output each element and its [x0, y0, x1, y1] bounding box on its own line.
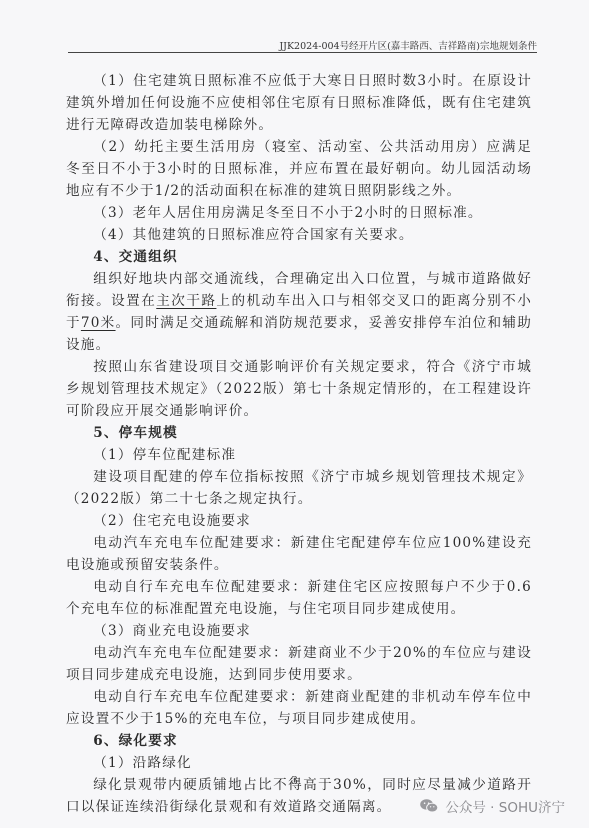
- section-heading-greening: 6、绿化要求: [66, 730, 532, 752]
- wechat-icon: [419, 798, 439, 814]
- underlined-distance: 70米: [81, 315, 116, 331]
- subheading-roadside-greening: （1）沿路绿化: [66, 752, 532, 774]
- paragraph-sunlight-residential: （1）住宅建筑日照标准不应低于大寒日日照时数3小时。在原设计建筑外增加任何设施不…: [66, 70, 532, 136]
- section-heading-traffic: 4、交通组织: [66, 246, 532, 268]
- paragraph-parking-standard: 建设项目配建的停车位指标按照《济宁市城乡规划管理技术规定》（2022版）第二十七…: [66, 466, 532, 510]
- paragraph-traffic-impact: 按照山东省建设项目交通影响评价有关规定要求，符合《济宁市城乡规划管理技术规定》（…: [66, 356, 532, 422]
- subheading-residential-charging: （2）住宅充电设施要求: [66, 510, 532, 532]
- paragraph-commercial-ebike: 电动自行车充电车位配建要求：新建商业配建的非机动车停车位中应设置不少于15%的充…: [66, 686, 532, 730]
- document-header-title: JJK2024-004号经开片区(嘉丰路西、吉祥路南)宗地规划条件: [279, 38, 537, 52]
- paragraph-commercial-ev: 电动汽车充电车位配建要求：新建商业不少于20%的车位应与建设项目同步建成充电设施…: [66, 642, 532, 686]
- paragraph-sunlight-elderly: （3）老年人居住用房满足冬至日不小于2小时的日照标准。: [66, 202, 532, 224]
- paragraph-sunlight-other: （4）其他建筑的日照标准应符合国家有关要求。: [66, 224, 532, 246]
- document-body: （1）住宅建筑日照标准不应低于大寒日日照时数3小时。在原设计建筑外增加任何设施不…: [66, 70, 532, 818]
- text-span: 。同时满足交通疏解和消防规范要求，妥善安排停车泊位和辅助设施。: [66, 315, 532, 353]
- subheading-commercial-charging: （3）商业充电设施要求: [66, 620, 532, 642]
- watermark-text: 公众号 · SOHU济宁: [445, 796, 565, 816]
- paragraph-residential-ev: 电动汽车充电车位配建要求：新建住宅配建停车位应100%建设充电设施或预留安装条件…: [66, 532, 532, 576]
- paragraph-residential-ebike: 电动自行车充电车位配建要求：新建住宅区应按照每户不少于0.6个充电车位的标准配置…: [66, 576, 532, 620]
- paragraph-traffic-flow: 组织好地块内部交通流线，合理确定出入口位置，与城市道路做好衔接。设置在主次干路上…: [66, 268, 532, 356]
- paragraph-sunlight-kindergarten: （2）幼托主要生活用房（寝室、活动室、公共活动用房）应满足冬至日不小于3小时的日…: [66, 136, 532, 202]
- section-heading-parking: 5、停车规模: [66, 422, 532, 444]
- underlined-main-road: 主次干路: [156, 293, 216, 309]
- page-number: 3: [0, 774, 589, 787]
- subheading-parking-standard: （1）停车位配建标准: [66, 444, 532, 466]
- watermark: 公众号 · SOHU济宁: [419, 796, 565, 816]
- header-divider: [68, 52, 537, 53]
- document-page: JJK2024-004号经开片区(嘉丰路西、吉祥路南)宗地规划条件 （1）住宅建…: [0, 0, 589, 828]
